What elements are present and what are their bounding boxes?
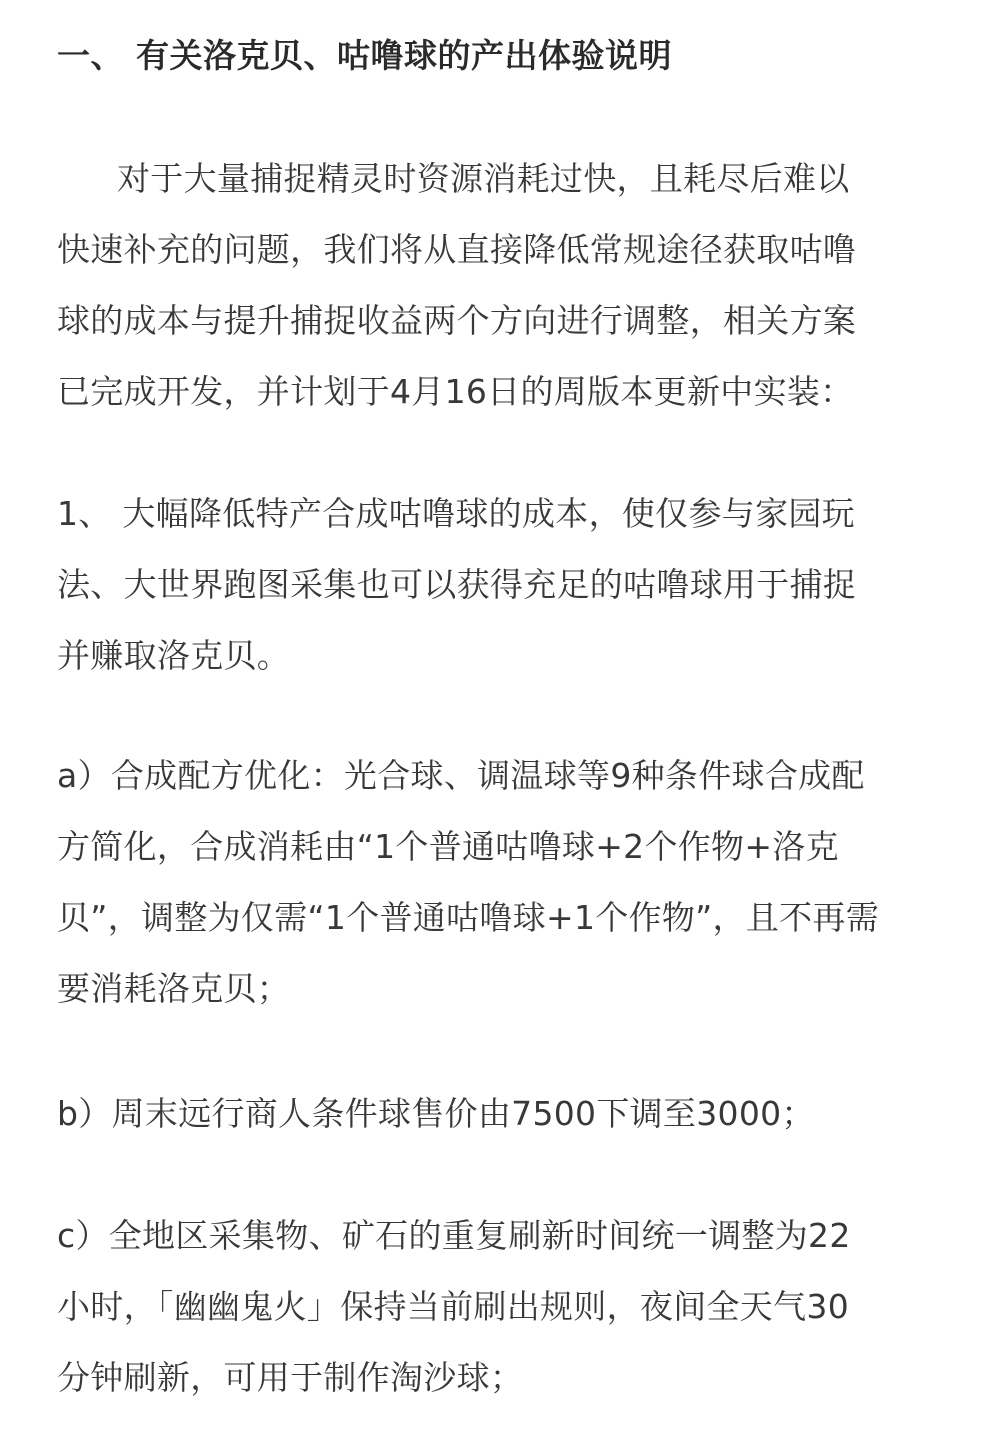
text-line: 并赚取洛克贝。 (57, 620, 937, 691)
text-line: 快速补充的问题，我们将从直接降低常规途径获取咕噜 (57, 214, 937, 285)
text-line: 贝”，调整为仅需“1个普通咕噜球+1个作物”，且不再需 (57, 882, 937, 953)
item-1-paragraph: 1、 大幅降低特产合成咕噜球的成本，使仅参与家园玩 法、大世界跑图采集也可以获得… (57, 478, 937, 691)
text-line: 对于大量捕捉精灵时资源消耗过快，且耗尽后难以 (57, 143, 937, 214)
text-line: 已完成开发，并计划于4月16日的周版本更新中实装： (57, 356, 937, 427)
text-line: 1、 大幅降低特产合成咕噜球的成本，使仅参与家园玩 (57, 478, 937, 549)
text-line: c）全地区采集物、矿石的重复刷新时间统一调整为22 (57, 1200, 937, 1271)
text-line: 要消耗洛克贝； (57, 953, 937, 1024)
text-line: 小时，「幽幽鬼火」保持当前刷出规则，夜间全天气30 (57, 1271, 937, 1342)
item-a-paragraph: a）合成配方优化：光合球、调温球等9种条件球合成配 方简化，合成消耗由“1个普通… (57, 740, 937, 1024)
intro-paragraph: 对于大量捕捉精灵时资源消耗过快，且耗尽后难以 快速补充的问题，我们将从直接降低常… (57, 143, 937, 427)
text-line: 法、大世界跑图采集也可以获得充足的咕噜球用于捕捉 (57, 549, 937, 620)
item-c-paragraph: c）全地区采集物、矿石的重复刷新时间统一调整为22 小时，「幽幽鬼火」保持当前刷… (57, 1200, 937, 1413)
text-line: b）周末远行商人条件球售价由7500下调至3000； (57, 1078, 937, 1149)
item-b-paragraph: b）周末远行商人条件球售价由7500下调至3000； (57, 1078, 937, 1149)
text-line: 方简化，合成消耗由“1个普通咕噜球+2个作物+洛克 (57, 811, 937, 882)
text-line: a）合成配方优化：光合球、调温球等9种条件球合成配 (57, 740, 937, 811)
section-heading: 一、 有关洛克贝、咕噜球的产出体验说明 (57, 32, 672, 80)
text-line: 球的成本与提升捕捉收益两个方向进行调整，相关方案 (57, 285, 937, 356)
text-line: 分钟刷新，可用于制作淘沙球； (57, 1342, 937, 1413)
